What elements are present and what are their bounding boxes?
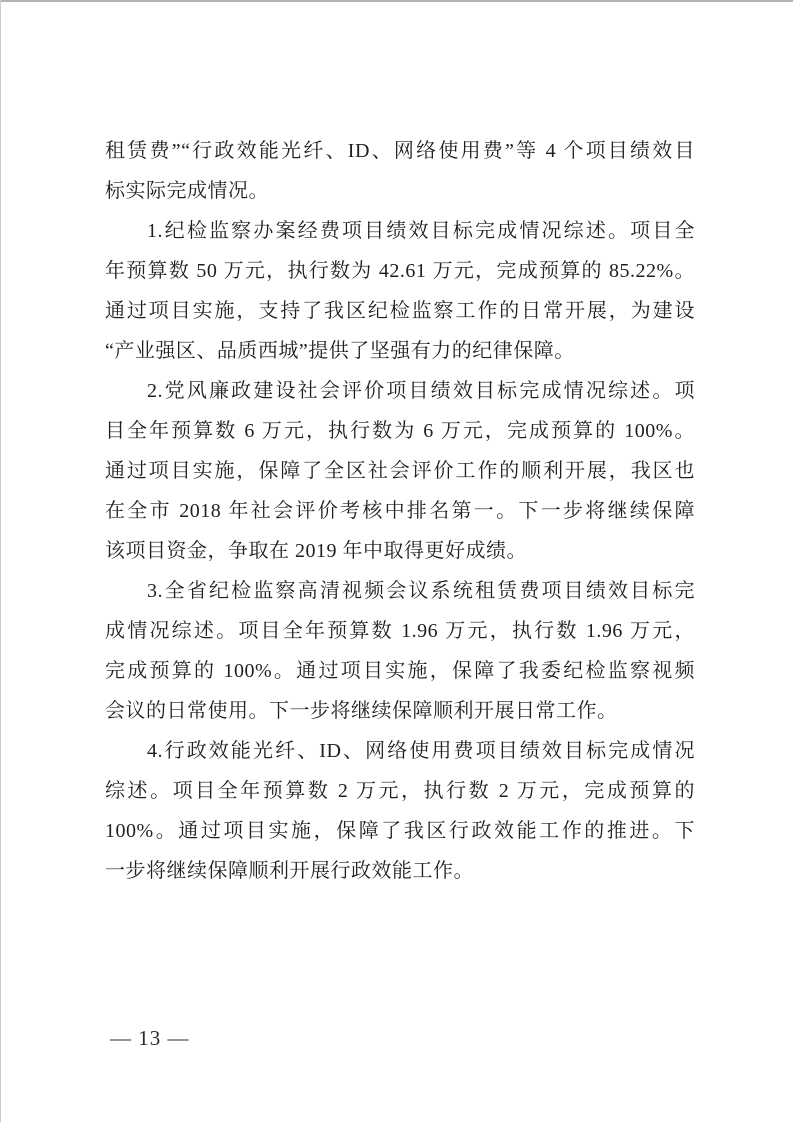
document-page: 租赁费”“行政效能光纤、ID、网络使用费”等 4 个项目绩效目 标实际完成情况。… [0,0,793,1122]
text-line: 在全市 2018 年社会评价考核中排名第一。下一步将继续保障 [105,491,695,531]
page-number: — 13 — [110,1022,190,1054]
paragraph-item-4: 4.行政效能光纤、ID、网络使用费项目绩效目标完成情况 综述。项目全年预算数 2… [105,731,695,891]
scan-edge-left [0,0,1,1122]
text-line: 2.党风廉政建设社会评价项目绩效目标完成情况综述。项 [105,371,695,411]
text-line: 完成预算的 100%。通过项目实施，保障了我委纪检监察视频 [105,651,695,691]
text-line: 目全年预算数 6 万元，执行数为 6 万元，完成预算的 100%。 [105,411,695,451]
paragraph-item-2: 2.党风廉政建设社会评价项目绩效目标完成情况综述。项 目全年预算数 6 万元，执… [105,371,695,571]
text-line: 通过项目实施，支持了我区纪检监察工作的日常开展，为建设 [105,291,695,331]
text-line: 综述。项目全年预算数 2 万元，执行数 2 万元，完成预算的 [105,771,695,811]
text-line: 成情况综述。项目全年预算数 1.96 万元，执行数 1.96 万元， [105,611,695,651]
text-line: 年预算数 50 万元，执行数为 42.61 万元，完成预算的 85.22%。 [105,251,695,291]
paragraph-item-3: 3.全省纪检监察高清视频会议系统租赁费项目绩效目标完 成情况综述。项目全年预算数… [105,571,695,731]
text-line: 一步将继续保障顺利开展行政效能工作。 [105,851,695,891]
paragraph-item-1: 1.纪检监察办案经费项目绩效目标完成情况综述。项目全 年预算数 50 万元，执行… [105,211,695,371]
text-line: 通过项目实施，保障了全区社会评价工作的顺利开展，我区也 [105,451,695,491]
paragraph-continuation: 租赁费”“行政效能光纤、ID、网络使用费”等 4 个项目绩效目 标实际完成情况。 [105,131,695,211]
document-body: 租赁费”“行政效能光纤、ID、网络使用费”等 4 个项目绩效目 标实际完成情况。… [105,131,695,891]
text-line: 该项目资金，争取在 2019 年中取得更好成绩。 [105,531,695,571]
text-line: “产业强区、品质西城”提供了坚强有力的纪律保障。 [105,331,695,371]
text-line: 1.纪检监察办案经费项目绩效目标完成情况综述。项目全 [105,211,695,251]
text-line: 租赁费”“行政效能光纤、ID、网络使用费”等 4 个项目绩效目 [105,131,695,171]
scan-edge-top [0,0,793,2]
text-line: 3.全省纪检监察高清视频会议系统租赁费项目绩效目标完 [105,571,695,611]
text-line: 标实际完成情况。 [105,171,695,211]
text-line: 会议的日常使用。下一步将继续保障顺利开展日常工作。 [105,691,695,731]
text-line: 100%。通过项目实施，保障了我区行政效能工作的推进。下 [105,811,695,851]
text-line: 4.行政效能光纤、ID、网络使用费项目绩效目标完成情况 [105,731,695,771]
